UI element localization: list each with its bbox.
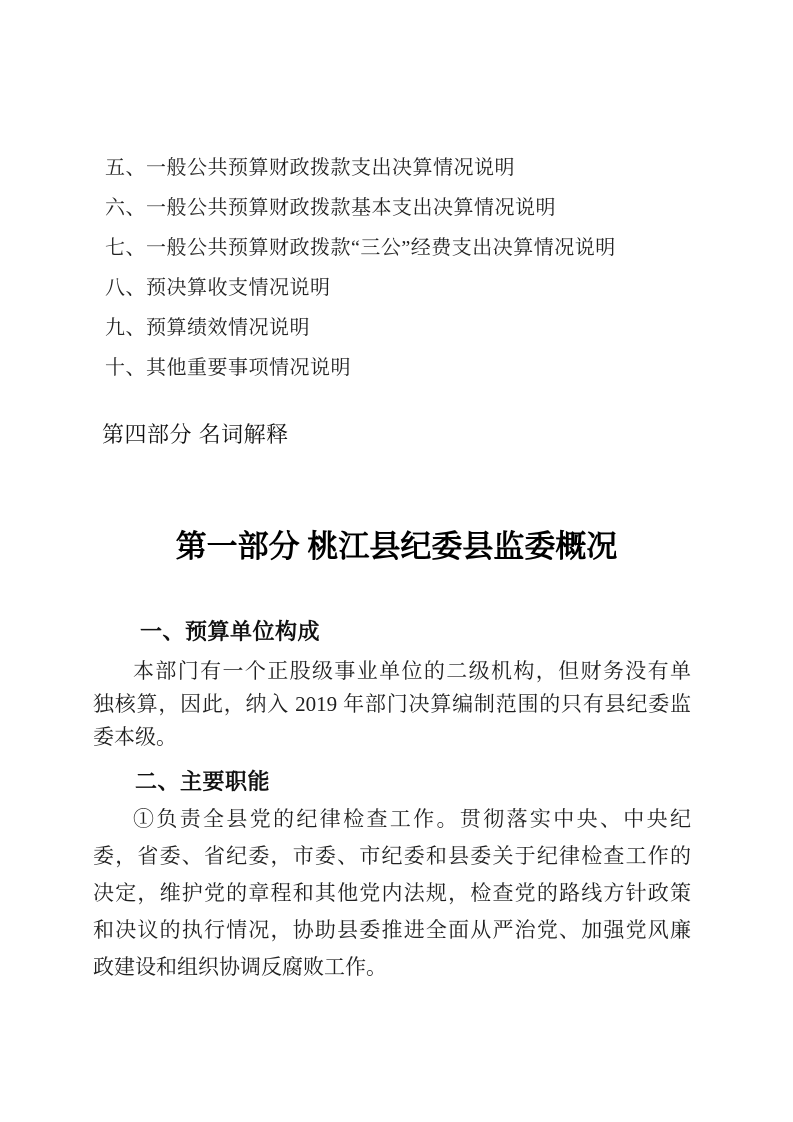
toc-item: 七、一般公共预算财政拨款“三公”经费支出决算情况说明 [105,228,705,268]
toc-item: 八、预决算收支情况说明 [105,268,705,308]
paragraph-line: 决定，维护党的章程和其他党内法规，检查党的路线方针政策 [93,875,691,912]
paragraph-line: 委本级。 [93,721,691,754]
section2-heading: 二、主要职能 [93,769,270,795]
toc-item: 五、一般公共预算财政拨款支出决算情况说明 [105,148,705,188]
toc-item: 六、一般公共预算财政拨款基本支出决算情况说明 [105,188,705,228]
paragraph-line: 委，省委、省纪委，市委、市纪委和县委关于纪律检查工作的 [93,838,691,875]
paragraph-line: ①负责全县党的纪律检查工作。贯彻落实中央、中央纪 [93,801,691,838]
toc-item: 九、预算绩效情况说明 [105,308,705,348]
paragraph-line: 本部门有一个正股级事业单位的二级机构，但财务没有单 [93,655,691,688]
section1-paragraph: 本部门有一个正股级事业单位的二级机构，但财务没有单 独核算，因此，纳入 2019… [93,655,691,754]
section1-heading: 一、预算单位构成 [93,619,320,645]
toc-list: 五、一般公共预算财政拨款支出决算情况说明 六、一般公共预算财政拨款基本支出决算情… [105,148,705,388]
part1-title: 第一部分 桃江县纪委县监委概况 [0,527,793,567]
paragraph-line: 政建设和组织协调反腐败工作。 [93,949,691,986]
toc-item: 十、其他重要事项情况说明 [105,348,705,388]
part4-heading: 第四部分 名词解释 [102,421,289,449]
paragraph-line: 独核算，因此，纳入 2019 年部门决算编制范围的只有县纪委监 [93,688,691,721]
document-page: 五、一般公共预算财政拨款支出决算情况说明 六、一般公共预算财政拨款基本支出决算情… [0,0,793,1122]
paragraph-line: 和决议的执行情况，协助县委推进全面从严治党、加强党风廉 [93,912,691,949]
section2-paragraph: ①负责全县党的纪律检查工作。贯彻落实中央、中央纪 委，省委、省纪委，市委、市纪委… [93,801,691,986]
